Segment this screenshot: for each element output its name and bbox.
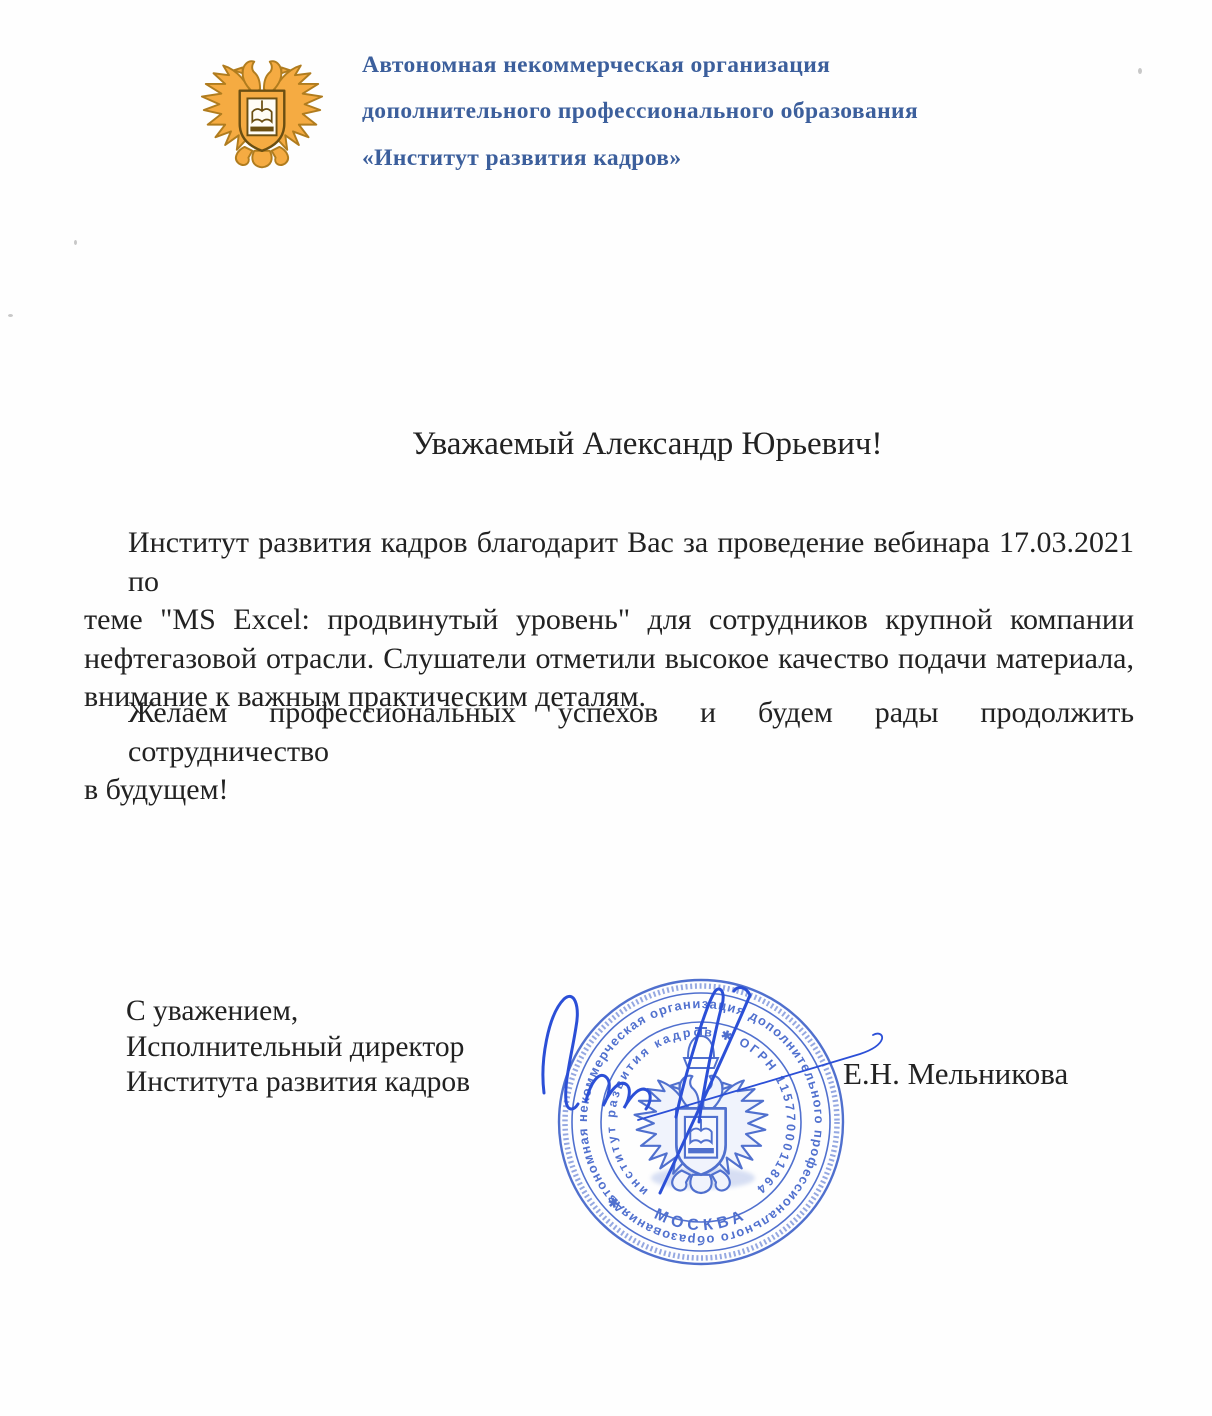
org-name-line-2: дополнительного профессионального образо… [362,98,918,125]
signer-title-line1: Исполнительный директор [126,1030,470,1066]
closing-line: С уважением, [126,994,470,1030]
body-paragraph-2: Желаем профессиональных успехов и будем … [84,694,1134,810]
scan-speck [8,314,13,317]
scanned-letter-page: Автономная некоммерческая организация до… [0,0,1212,1416]
signer-title-line2: Института развития кадров [126,1065,470,1101]
org-name-line-3: «Институт развития кадров» [362,145,682,172]
org-name-line-1: Автономная некоммерческая организация [362,52,830,79]
paragraph1-line3: нефтегазовой отрасли. Слушатели отметили… [84,640,1134,679]
body-paragraph-1: Институт развития кадров благодарит Вас … [84,524,1134,717]
paragraph1-line2: теме "MS Excel: продвинутый уровень" для… [84,601,1134,640]
scan-speck [74,240,77,245]
paragraph1-line1: Институт развития кадров благодарит Вас … [84,524,1134,601]
paragraph2-line2: в будущем! [84,771,1134,810]
org-emblem-eagle-icon [193,50,331,176]
salutation: Уважаемый Александр Юрьевич! [412,426,883,463]
handwritten-signature [528,975,1008,1215]
signoff-block: С уважением, Исполнительный директор Инс… [126,994,470,1101]
paragraph2-line1: Желаем профессиональных успехов и будем … [84,694,1134,771]
scan-speck [1138,68,1142,74]
